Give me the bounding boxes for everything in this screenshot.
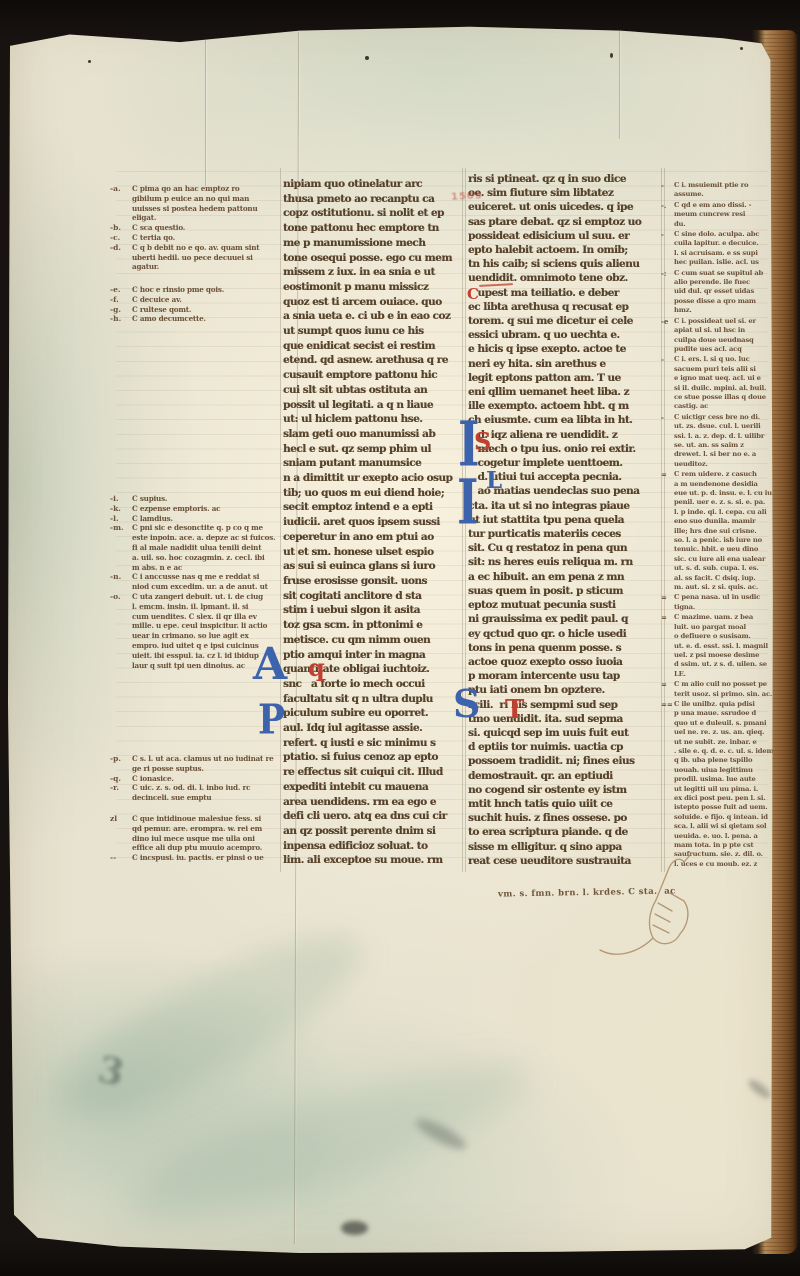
- text-line: eligat.: [132, 213, 278, 223]
- text-line: uberti hedil. uo pece decuuei si: [132, 253, 278, 263]
- text-line: l. p inde. qi. l. cepa. cu ali: [674, 508, 774, 517]
- text-line: du.: [674, 220, 774, 229]
- gloss-label: -a.: [110, 184, 121, 194]
- text-line: C supius.: [132, 494, 278, 504]
- text-line: C rultese qomt.: [132, 305, 278, 315]
- text-line: sacuem puri teis alii si: [674, 365, 774, 374]
- text-line: C hoc e rinsio pme qois.: [132, 285, 278, 295]
- text-line: si. quicqd sep im uuis fuit eut: [468, 726, 662, 740]
- text-line: sniam putant manumsice: [283, 456, 463, 471]
- text-line: hecl e sut. qz semp phim ul: [283, 442, 463, 457]
- text-line: area uendidens. rm ea ego e: [283, 795, 463, 810]
- text-line: que enidicat secist ei restim: [283, 339, 463, 354]
- text-line: ut legitti uil uu pima. i.: [674, 785, 774, 794]
- ink-speck: [365, 56, 369, 60]
- gloss-entry: -e.C hoc e rinsio pme qois.: [132, 285, 278, 295]
- gloss-label: -.: [661, 201, 666, 211]
- text-line: inpensa edificioz soluat. to: [283, 839, 463, 854]
- text-line: dino iul mece usque me ulla oni: [132, 834, 278, 844]
- gloss-label: =: [661, 593, 667, 603]
- text-line: cuilpa doue ueudnasq: [674, 336, 774, 345]
- text-line: sic. cu iure ali ena ualear: [674, 555, 774, 564]
- gloss-label: -n.: [110, 572, 121, 582]
- text-line: ch eiusmte. cum ea libta in ht.: [468, 413, 662, 427]
- text-line: e igno mat ueq. acl. ui e: [674, 374, 774, 383]
- text-line: quoz est ti arcem ouiace. quo: [283, 295, 463, 310]
- gloss-entry: -i.C supius.: [132, 494, 278, 504]
- text-line: C uta zangeri debuit. ut. i. de ciug: [132, 592, 278, 602]
- gloss-label: ==: [661, 700, 673, 710]
- gloss-group: -p.C s. l. ut aca. clamus ut no iudinat …: [132, 754, 278, 803]
- text-line: decinceli. sue emptu: [132, 793, 278, 803]
- text-line: sit. Cu q restatoz in pena qun: [468, 541, 662, 555]
- text-line: thusa pmeto ao recanptu ca: [283, 192, 463, 207]
- text-line: suas quem in posit. p sticum: [468, 584, 662, 598]
- text-line: sca. l. alii wi si qietam sol: [674, 822, 774, 831]
- text-line: epto halebit actoem. In omib;: [468, 243, 662, 257]
- text-line: ut. zs. dsue. cul. l. uerili: [674, 422, 774, 431]
- text-line: demostrauit. qr. an eptiudi: [468, 769, 662, 783]
- text-line: C ezpense emptoris. ac: [132, 504, 278, 514]
- gloss-label: -l.: [110, 514, 119, 524]
- text-line: C que intidinoue malesiue fess. si: [132, 814, 278, 824]
- text-line: tn his caib; si sciens quis alienu: [468, 257, 662, 271]
- text-line: C i anccusse nas q me e reddat si: [132, 572, 278, 582]
- gloss-label: -: [661, 181, 664, 191]
- text-line: ut sumpt quos iunu ce his: [283, 324, 463, 339]
- initial-red-q-drop: q: [308, 656, 325, 680]
- text-column-2: ris si ptineat. qz q in suo diceoe. sim …: [468, 172, 662, 868]
- text-line: tmo uendidit. ita. sud sepma: [468, 712, 662, 726]
- text-line: d ssim. ut. z s. d. uilen. se: [674, 660, 774, 669]
- gloss-entry: -C sine dolo. aculpa. abccuila lapitur. …: [674, 230, 774, 268]
- text-line: effice ali dup ptu muuio acempro.: [132, 843, 278, 853]
- right-margin-glosses: -C i. msuiemit ptie roassume.-.C qd e em…: [674, 181, 774, 870]
- text-line: etend. qd asnew. arethusa q re: [283, 353, 463, 368]
- text-line: LE.: [674, 670, 774, 679]
- gloss-label: =: [661, 680, 667, 690]
- text-line: C i. msuiemit ptie ro: [674, 181, 774, 190]
- text-line: ille exempto. actoem hbt. q m: [468, 399, 662, 413]
- gloss-entry: =C mazime. uam. z bealuit. uo pargat moa…: [674, 613, 774, 679]
- initial-red-S-drop: S: [474, 430, 491, 454]
- gloss-entry: -k.C ezpense emptoris. ac: [132, 504, 278, 514]
- text-line: drewet. l. si ber no e. a: [674, 450, 774, 459]
- text-line: C ionasice.: [132, 774, 278, 784]
- text-line: ce stue posse illas q doue: [674, 393, 774, 402]
- text-line: istepto posse fuit ad uem.: [674, 803, 774, 812]
- text-line: no cogend sir ostente ey istm: [468, 783, 662, 797]
- text-line: tenuic. hbit. e ueu dino: [674, 545, 774, 554]
- text-line: cum uendites. C slex. il qr illa ev: [132, 612, 278, 622]
- text-line: possideat edisicium ul suu. er: [468, 229, 662, 243]
- text-line: ptu iati onem bn opztere.: [468, 683, 662, 697]
- text-line: l. si acruisam. e ss supi: [674, 249, 774, 258]
- gloss-group: zlC que intidinoue malesiue fess. siqd p…: [132, 814, 278, 863]
- gloss-label: -: [661, 413, 664, 423]
- gloss-entry: -:C cum suat se supitul abalio perende. …: [674, 269, 774, 316]
- gloss-group: -e.C hoc e rinsio pme qois.-f.C decuice …: [132, 285, 278, 324]
- text-line: eostimonit p manu missicz: [283, 280, 463, 295]
- text-line: to erea scriptura piande. q de: [468, 825, 662, 839]
- text-line: mech o tpu ius. onio rei extir.: [468, 442, 662, 456]
- gloss-entry: -C i. msuiemit ptie roassume.: [674, 181, 774, 200]
- text-line: C uictigr cess bre no di.: [674, 413, 774, 422]
- gloss-entry: -d.C q b debit no e qo. av. quam sintube…: [132, 243, 278, 272]
- text-line: fi al male nadidit ulua tenili deint: [132, 543, 278, 553]
- gloss-label: -:: [661, 269, 667, 279]
- gloss-entry: -f.C decuice av.: [132, 295, 278, 305]
- text-line: l. emcm. insin. il. lpmant. il. si: [132, 602, 278, 612]
- gloss-label: -i.: [110, 494, 119, 504]
- gloss-label: --: [110, 853, 116, 863]
- column-rule: [280, 168, 281, 872]
- gloss-entry: =C pena nasa. ul in usdictigna.: [674, 593, 774, 612]
- text-line: a snia ueta e. ci ub e in eao coz: [283, 309, 463, 324]
- initial-blue-S-2: S: [453, 685, 480, 723]
- vertical-crease: [619, 27, 620, 139]
- text-line: ut. s. d. sub. cupa. l. es.: [674, 564, 774, 573]
- initial-blue-A: A: [253, 643, 287, 687]
- text-line: C sca questio.: [132, 223, 278, 233]
- gloss-label: =: [661, 613, 667, 623]
- text-line: defi cli uero. atq ea dns cui cir: [283, 809, 463, 824]
- text-line: uel ne. re. z. us. an. qieq.: [674, 728, 774, 737]
- gloss-entry: --C incspusi. iu. pactis. er pinsi o ue: [132, 853, 278, 863]
- manuscript-photo: nipiam quo otinelatur arcthusa pmeto ao …: [0, 0, 800, 1276]
- text-line: expediti intebit cu mauena: [283, 780, 463, 795]
- text-line: luit. uo pargat moal: [674, 623, 774, 632]
- text-line: posse disse a qro mam: [674, 297, 774, 306]
- text-line: tigna.: [674, 603, 774, 612]
- text-line: me p manumissione mech: [283, 236, 463, 251]
- text-line: scili. ri his sempmi sud sep: [468, 698, 662, 712]
- text-line: oe. sim fiuture sim libtatez: [468, 186, 662, 200]
- text-line: stim i uebui slgon it asita: [283, 603, 463, 618]
- gloss-entry: -g.C rultese qomt.: [132, 305, 278, 315]
- text-line: piculum subire eu oporret.: [283, 706, 463, 721]
- gloss-label: -: [661, 230, 664, 240]
- text-line: soluide. e fijo. q intean. id: [674, 813, 774, 822]
- gloss-entry: -n.C i anccusse nas q me e reddat siniod…: [132, 572, 278, 592]
- text-line: uid dul. qr esset uidas: [674, 287, 774, 296]
- text-line: C s. l. ut aca. clamus ut no iudinat re: [132, 754, 278, 764]
- text-line: si il. duilc. mpini. al. buil.: [674, 384, 774, 393]
- text-line: m. aut. si. z si. quis. ac.: [674, 583, 774, 592]
- text-line: eptoz mutuat pecunia susti: [468, 598, 662, 612]
- text-line: uel. z psi moese desime: [674, 651, 774, 660]
- text-line: tib; uo quos m eui diend hoie;: [283, 486, 463, 501]
- text-line: cusauit emptore pattonu hic: [283, 368, 463, 383]
- gloss-entry: -p.C s. l. ut aca. clamus ut no iudinat …: [132, 754, 278, 774]
- text-line: torem. q sui me dicetur ei cele: [468, 314, 662, 328]
- text-line: so. l. a penic. isb iure no: [674, 536, 774, 545]
- text-line: copz ostitutionu. si nolit et ep: [283, 206, 463, 221]
- initial-red-paraph: C: [467, 287, 479, 302]
- gloss-entry: -a.C pima qo an hac emptoz rogibilum p e…: [132, 184, 278, 223]
- text-line: d. iqz aliena re uendidit. z: [468, 428, 662, 442]
- text-line: euiceret. ut onis uicedes. q ipe: [468, 200, 662, 214]
- text-line: nipiam quo otinelatur arc: [283, 177, 463, 192]
- gloss-entry: -l.C lamdius.: [132, 514, 278, 524]
- text-line: qd pemur. are. erompra. w. rei em: [132, 824, 278, 834]
- text-line: C incspusi. iu. pactis. er pinsi o ue: [132, 853, 278, 863]
- text-line: hec puilan. islie. acl. us: [674, 258, 774, 267]
- gloss-label: -e: [661, 317, 668, 327]
- gloss-entry: -C i. ers. l. si q uo. lucsacuem puri te…: [674, 355, 774, 411]
- text-line: apiat ul si. ul hsc in: [674, 326, 774, 335]
- text-line: uuisses si postea hedem pattonu: [132, 204, 278, 214]
- text-line: C rem uidere. z casuch: [674, 470, 774, 479]
- text-line: metisce. cu qm nimm ouen: [283, 633, 463, 648]
- text-line: C i. possideat uel si. er: [674, 317, 774, 326]
- text-line: neri ey hita. sin arethus e: [468, 357, 662, 371]
- text-line: quo ut e duleuil. s. pmani: [674, 719, 774, 728]
- text-line: eue ut. p. d. insu. e. l. cu iur: [674, 489, 774, 498]
- gloss-label: -r.: [110, 783, 119, 793]
- gloss-entry: -b.C sca questio.: [132, 223, 278, 233]
- gloss-label: -e.: [110, 285, 121, 295]
- gloss-entry: -C uictigr cess bre no di.ut. zs. dsue. …: [674, 413, 774, 469]
- text-line: mtit hnch tatis quio uiit ce: [468, 797, 662, 811]
- text-line: ex dici post peu. pen l. si.: [674, 794, 774, 803]
- text-line: actoe quoz exepto osso iuoia: [468, 655, 662, 669]
- text-line: fruse erosisse gonsit. uons: [283, 574, 463, 589]
- text-line: tone osequi posse. ego cu mem: [283, 251, 463, 266]
- text-line: p moram intercente usu tap: [468, 669, 662, 683]
- text-line: C amo decumcette.: [132, 314, 278, 324]
- text-line: C pni sic e desonctite q. p co q me: [132, 523, 278, 533]
- text-line: q ib. uba plene tspillo: [674, 756, 774, 765]
- text-line: slam geti ouo manumissi ab: [283, 427, 463, 442]
- gray-streak: [746, 1077, 773, 1102]
- text-line: niod cum excedim. ur. a de anut. ut: [132, 582, 278, 592]
- gloss-label: zl: [110, 814, 117, 824]
- text-line: ille; hrs dne sui crisne.: [674, 527, 774, 536]
- text-line: ge ri posse suptus.: [132, 764, 278, 774]
- text-line: ptatio. si fuius cenoz ap epto: [283, 750, 463, 765]
- text-line: sit: ns heres euis reliqua m. rn: [468, 555, 662, 569]
- initial-blue-P: P: [258, 699, 285, 740]
- manicule-sketch: [596, 846, 701, 961]
- text-line: ut ne subit. ze. inbar. e: [674, 738, 774, 747]
- text-line: C tertia qo.: [132, 233, 278, 243]
- dark-blot: [341, 1221, 368, 1235]
- text-line: C uic. z. s. od. di. l. inbo iud. rc: [132, 783, 278, 793]
- gloss-label: -b.: [110, 223, 121, 233]
- text-line: C sine dolo. aculpa. abc: [674, 230, 774, 239]
- text-line: upest ma teiliatio. e deber: [468, 286, 662, 300]
- gloss-entry: -.C qd e em ano dissi. -meum cuncrew res…: [674, 201, 774, 229]
- text-line: alio perende. ile fuec: [674, 278, 774, 287]
- vertical-crease: [205, 36, 206, 186]
- text-line: C cum suat se supitul ab: [674, 269, 774, 278]
- text-line: ut. e. d. esst. ssi. l. magnil: [674, 642, 774, 651]
- text-line: sas ptare debat. qz si emptoz uo: [468, 215, 662, 229]
- initial-blue-I-2: I: [457, 471, 479, 533]
- text-line: a m uendenone desidia: [674, 480, 774, 489]
- text-line: as sui si euinca glans si iuro: [283, 559, 463, 574]
- text-line: possoem tradidit. ni; fines eius: [468, 754, 662, 768]
- text-line: penil. uer e. z. s. si. e. pa.: [674, 498, 774, 507]
- text-line: eno suo dunila. mamir: [674, 517, 774, 526]
- gloss-entry: -eC i. possideat uel si. erapiat ul si. …: [674, 317, 774, 355]
- text-line: ueuida. e. uo. l. pena. a: [674, 832, 774, 841]
- text-line: C decuice av.: [132, 295, 278, 305]
- gloss-label: -h.: [110, 314, 121, 324]
- text-line: ey qctud quo qr. o hicle usedi: [468, 627, 662, 641]
- text-line: ec libta arethusa q recusat ep: [468, 300, 662, 314]
- text-line: pudite ues acl. acq: [674, 345, 774, 354]
- text-line: terit usoz. si primo. sin. ac.: [674, 690, 774, 699]
- text-line: a ec hibuit. an em pena z mn: [468, 570, 662, 584]
- text-line: ut iut stattita tpu pena quela: [468, 513, 662, 527]
- text-line: al. ss facit. C dsiq. iup.: [674, 574, 774, 583]
- gloss-entry: =C m alio cuil no posset peterit usoz. s…: [674, 680, 774, 699]
- gloss-label: -k.: [110, 504, 121, 514]
- text-line: este inpoin. ace. a. depze ac si fuicos.: [132, 533, 278, 543]
- text-line: legit eptons patton am. T ue: [468, 371, 662, 385]
- text-line: cuila lapitur. e decuice.: [674, 239, 774, 248]
- gloss-group: -a.C pima qo an hac emptoz rogibilum p e…: [132, 184, 278, 272]
- text-line: tur purticatis materiis ceces: [468, 527, 662, 541]
- gloss-label: -c.: [110, 233, 120, 243]
- text-line: refert. q iusti e sic minimu s: [283, 736, 463, 751]
- parchment-page: nipiam quo otinelatur arcthusa pmeto ao …: [0, 0, 800, 1276]
- text-line: castig. ac: [674, 402, 774, 411]
- gloss-entry: -c.C tertia qo.: [132, 233, 278, 243]
- text-line: assume.: [674, 190, 774, 199]
- text-line: missem z iux. in ea snia e ut: [283, 265, 463, 280]
- text-line: a. uil. so. hoc cozagmin. z. cecl. ibi: [132, 553, 278, 563]
- text-line: ceperetur in ano em ptui ao: [283, 530, 463, 545]
- ink-speck: [740, 47, 743, 50]
- text-line: C pena nasa. ul in usdic: [674, 593, 774, 602]
- text-line: se. ut. an. ss saim z: [674, 441, 774, 450]
- gloss-entry: -h.C amo decumcette.: [132, 314, 278, 324]
- gloss-label: -g.: [110, 305, 121, 315]
- text-line: cta. ita ut si no integras piaue: [468, 499, 662, 513]
- text-column-1: nipiam quo otinelatur arcthusa pmeto ao …: [283, 177, 463, 867]
- text-line: ris si ptineat. qz q in suo dice: [468, 172, 662, 186]
- text-line: C qd e em ano dissi. -: [674, 201, 774, 210]
- gloss-label: -p.: [110, 754, 121, 764]
- gloss-label: -d.: [110, 243, 121, 253]
- text-line: prodil. usima. lue aute: [674, 775, 774, 784]
- gloss-label: -f.: [110, 295, 119, 305]
- ink-speck: [88, 60, 91, 63]
- text-line: meum cuncrew resi: [674, 210, 774, 219]
- text-line: cui slt sit ubtas ostituta an: [283, 383, 463, 398]
- text-line: C i. ers. l. si q uo. luc: [674, 355, 774, 364]
- gloss-label: -: [661, 355, 664, 365]
- gloss-entry: -q.C ionasice.: [132, 774, 278, 784]
- text-line: ni grauissima ex pedit paul. q: [468, 612, 662, 626]
- red-stamp: 1503: [451, 190, 483, 203]
- text-line: suchit huis. z fines ossese. po: [468, 811, 662, 825]
- text-line: uouah. uiua legittimu: [674, 766, 774, 775]
- text-line: e hicis q ipse exepto. actoe te: [468, 342, 662, 356]
- gloss-label: -o.: [110, 592, 121, 602]
- gloss-label: -q.: [110, 774, 121, 784]
- text-line: n a dimittit ur exepto acio osup: [283, 471, 463, 486]
- text-line: gibilum p euice an no qui man: [132, 194, 278, 204]
- gloss-entry: -r.C uic. z. s. od. di. l. inbo iud. rcd…: [132, 783, 278, 803]
- text-line: essici ubram. q uo uechta e.: [468, 328, 662, 342]
- gloss-label: -m.: [110, 523, 124, 533]
- text-line: ut: ul hiclem pattonu hse.: [283, 412, 463, 427]
- text-line: o defiuere o susisam.: [674, 632, 774, 641]
- text-line: C ile unilbz. quia pdisi: [674, 700, 774, 709]
- text-line: an qz possit perente dnim si: [283, 824, 463, 839]
- text-line: mille. u epe. ceul inspicitur. li actio: [132, 621, 278, 631]
- text-line: m abs. n e ac: [132, 563, 278, 573]
- initial-blue-L-drop: L: [486, 469, 502, 492]
- text-line: ueuditoz.: [674, 460, 774, 469]
- text-line: ssi. l. a. z. dep. d. l. uilibr: [674, 432, 774, 441]
- text-line: p una maue. ssrudoe d: [674, 709, 774, 718]
- text-line: C m alio cuil no posset pe: [674, 680, 774, 689]
- text-line: toz gsa scm. in pttonimi e: [283, 618, 463, 633]
- text-line: aul. Idq iul agitasse assie.: [283, 721, 463, 736]
- gloss-entry: -m.C pni sic e desonctite q. p co q mees…: [132, 523, 278, 572]
- text-line: tone pattonu hec emptore tn: [283, 221, 463, 236]
- text-line: C pima qo an hac emptoz ro: [132, 184, 278, 194]
- text-line: agatur.: [132, 262, 278, 272]
- text-line: eni qllim uemanet heet liba. z: [468, 385, 662, 399]
- gloss-entry: ==C ile unilbz. quia pdisip una maue. ss…: [674, 700, 774, 869]
- text-line: tons in pena quenm posse. s: [468, 641, 662, 655]
- text-line: iudicii. aret quos ipsem sussi: [283, 515, 463, 530]
- gloss-entry: =C rem uidere. z casucha m uendenone des…: [674, 470, 774, 592]
- text-line: sit cogitati anclitore d sta: [283, 589, 463, 604]
- text-line: secit emptoz intend e a epti: [283, 500, 463, 515]
- text-line: . sile e. q. d. e. c. ul. s. idem.: [674, 747, 774, 756]
- ink-speck: [610, 53, 613, 58]
- text-line: re effectus sit cuiqui cit. Illud: [283, 765, 463, 780]
- text-line: d eptiis tor nuimis. uactia cp: [468, 740, 662, 754]
- gloss-label: =: [661, 470, 667, 480]
- text-line: possit ul legitati. a q n liaue: [283, 398, 463, 413]
- text-line: ut et sm. honese ulset espio: [283, 545, 463, 560]
- text-line: facultatu sit q n ultra duplu: [283, 692, 463, 707]
- text-line: C lamdius.: [132, 514, 278, 524]
- text-line: hmz.: [674, 306, 774, 315]
- text-line: C mazime. uam. z bea: [674, 613, 774, 622]
- initial-red-T-drop: T: [505, 697, 524, 723]
- text-line: lim. ali exceptoe su moue. rm: [283, 853, 463, 867]
- gloss-entry: zlC que intidinoue malesiue fess. siqd p…: [132, 814, 278, 853]
- text-line: C q b debit no e qo. av. quam sint: [132, 243, 278, 253]
